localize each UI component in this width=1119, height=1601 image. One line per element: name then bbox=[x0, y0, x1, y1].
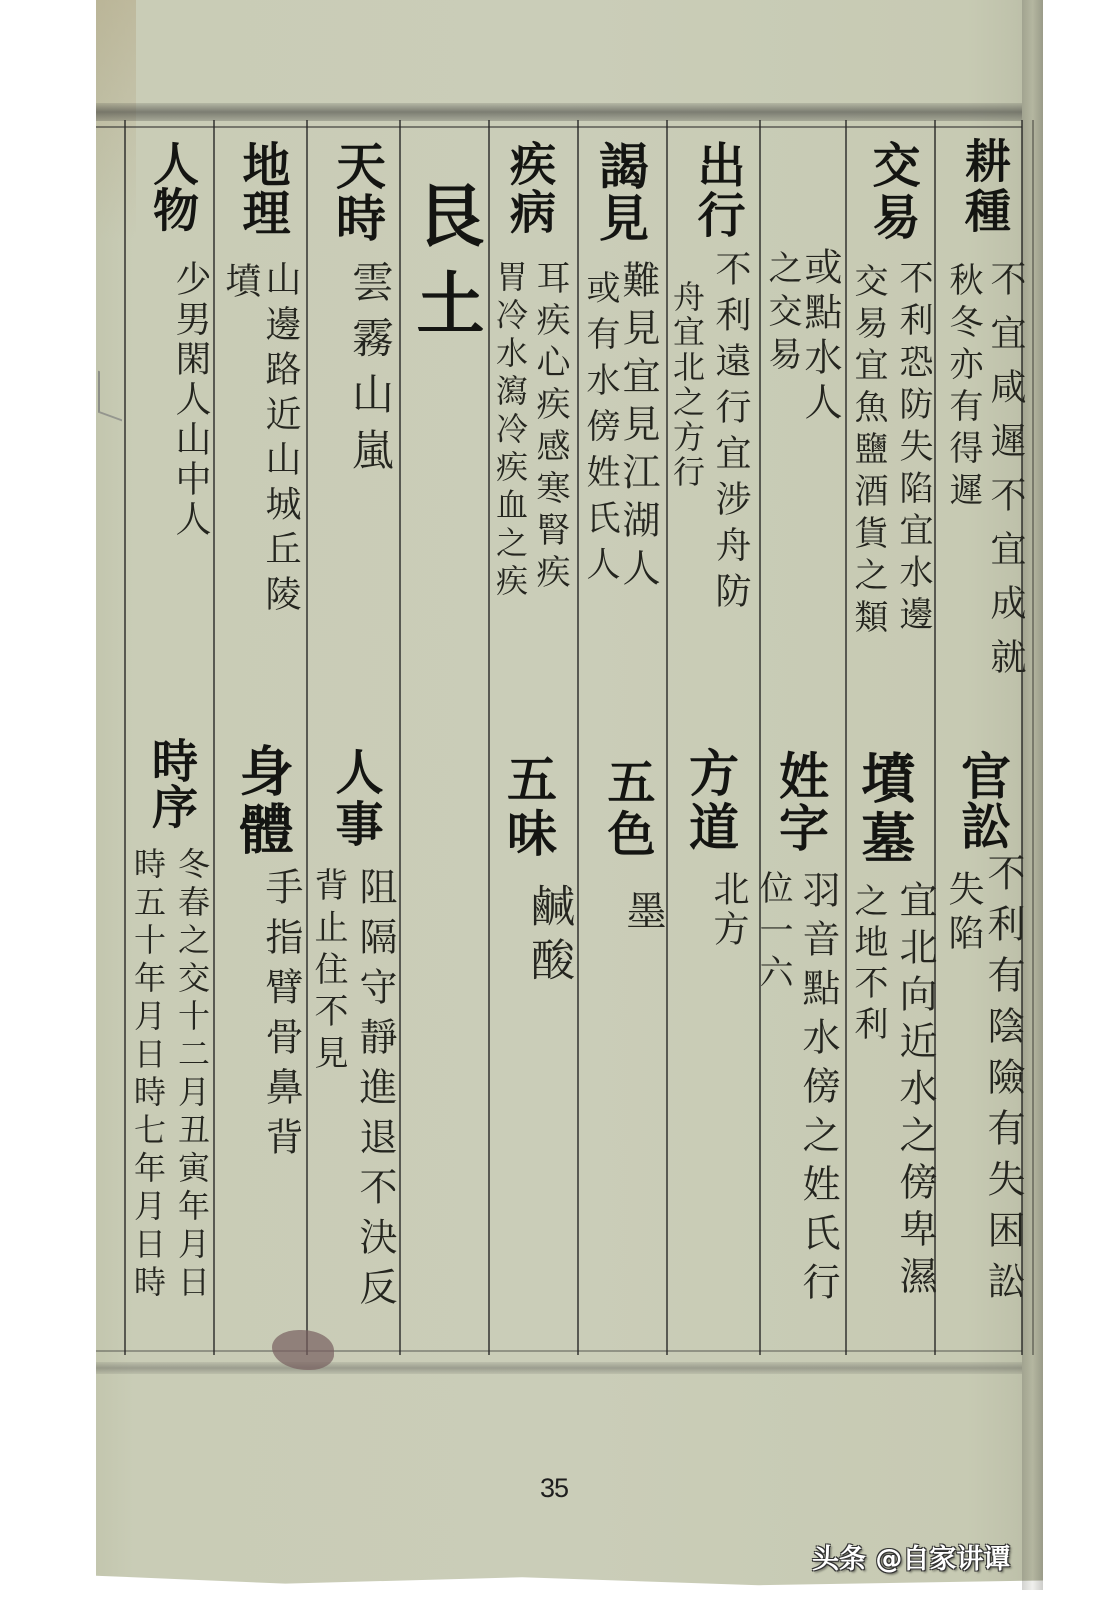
entry-heading-human-affairs: 人事 bbox=[331, 747, 379, 851]
entry-text: 墨 bbox=[623, 890, 663, 930]
entry-heading-five-flavors: 五味 bbox=[503, 753, 553, 861]
top-border-band bbox=[96, 103, 1022, 121]
entry-text: 耳疾心疾感寒腎疾 bbox=[533, 260, 567, 596]
column-rule bbox=[845, 120, 847, 1355]
entry-text: 墳 bbox=[222, 262, 258, 298]
entry-text: 鹹酸 bbox=[526, 883, 570, 991]
entry-heading-lawsuit: 官訟 bbox=[957, 750, 1007, 850]
entry-text: 少男閑人山中人 bbox=[172, 260, 208, 540]
entry-heading-weather: 天時 bbox=[332, 140, 382, 244]
entry-heading-tomb: 墳墓 bbox=[858, 750, 912, 870]
entry-heading-surname: 姓字 bbox=[775, 750, 825, 854]
entry-text: 時五十年月日時七年月日時 bbox=[132, 847, 164, 1303]
entry-heading-audience: 謁見 bbox=[595, 140, 645, 244]
entry-heading-travel: 出行 bbox=[693, 140, 741, 240]
entry-text: 秋冬亦有得遲 bbox=[946, 262, 980, 514]
entry-text: 不利恐防失陷宜水邊 bbox=[896, 260, 930, 638]
entry-text: 不利遠行宜涉舟防 bbox=[712, 250, 748, 618]
entry-heading-trade: 交易 bbox=[868, 140, 916, 244]
entry-text: 交易宜魚鹽酒貨之類 bbox=[851, 263, 885, 641]
column-rule bbox=[577, 120, 579, 1355]
column-rule bbox=[124, 120, 126, 1355]
entry-text: 不利有陰險有失困訟 bbox=[984, 853, 1022, 1312]
entry-heading-body: 身體 bbox=[236, 743, 290, 859]
page-number: 35 bbox=[540, 1473, 568, 1504]
column-rule-outer bbox=[1032, 120, 1034, 1355]
bottom-border-band bbox=[96, 1362, 1022, 1374]
entry-heading-geography: 地理 bbox=[238, 140, 286, 236]
entry-text: 位一六 bbox=[756, 870, 790, 996]
entry-text: 宜北向近水之傍卑濕 bbox=[896, 880, 934, 1303]
entry-text: 山邊路近山城丘陵 bbox=[262, 260, 298, 620]
column-rule bbox=[488, 120, 490, 1355]
entry-text: 舟宜北之方行 bbox=[671, 280, 703, 490]
top-border-line bbox=[96, 126, 1022, 128]
watermark-text: 头条 @自家讲谭 bbox=[812, 1537, 1010, 1576]
entry-text: 不宜咸遲不宜成就 bbox=[987, 260, 1023, 692]
entry-heading-direction: 方道 bbox=[685, 747, 735, 855]
entry-text: 或點水人 bbox=[801, 247, 839, 427]
entry-text: 阻隔守靜進退不決反 bbox=[356, 867, 394, 1317]
column-rule bbox=[306, 120, 308, 1355]
entry-text: 之交易 bbox=[765, 250, 799, 379]
entry-text: 背止住不見 bbox=[311, 867, 345, 1077]
entry-text: 或有水傍姓氏人 bbox=[583, 270, 617, 592]
entry-text: 雲霧山嵐 bbox=[349, 260, 391, 484]
entry-text: 羽音點水傍之姓氏行 bbox=[799, 870, 837, 1311]
entry-heading-illness: 疾病 bbox=[507, 140, 553, 236]
entry-text: 手指臂骨鼻背 bbox=[262, 867, 300, 1167]
entry-heading-farming: 耕種 bbox=[962, 137, 1008, 237]
entry-text: 難見宜見江湖人 bbox=[619, 260, 657, 596]
section-title-gen-earth: 艮土 bbox=[411, 180, 479, 356]
bottom-border-line bbox=[96, 1350, 1022, 1352]
ink-bleed-mark bbox=[98, 371, 122, 422]
entry-text: 之地不利 bbox=[851, 883, 885, 1047]
entry-heading-people: 人物 bbox=[150, 140, 196, 232]
column-rule bbox=[399, 120, 401, 1355]
entry-text: 北方 bbox=[710, 870, 746, 950]
entry-text: 失陷 bbox=[945, 870, 981, 958]
entry-text: 冬春之交十二月丑寅年月日 bbox=[176, 847, 208, 1303]
column-rule bbox=[759, 120, 761, 1355]
entry-heading-five-colors: 五色 bbox=[603, 757, 651, 861]
entry-text: 胃冷水瀉冷疾血之疾 bbox=[494, 260, 526, 602]
entry-heading-season: 時序 bbox=[149, 737, 195, 829]
column-rule bbox=[213, 120, 215, 1355]
